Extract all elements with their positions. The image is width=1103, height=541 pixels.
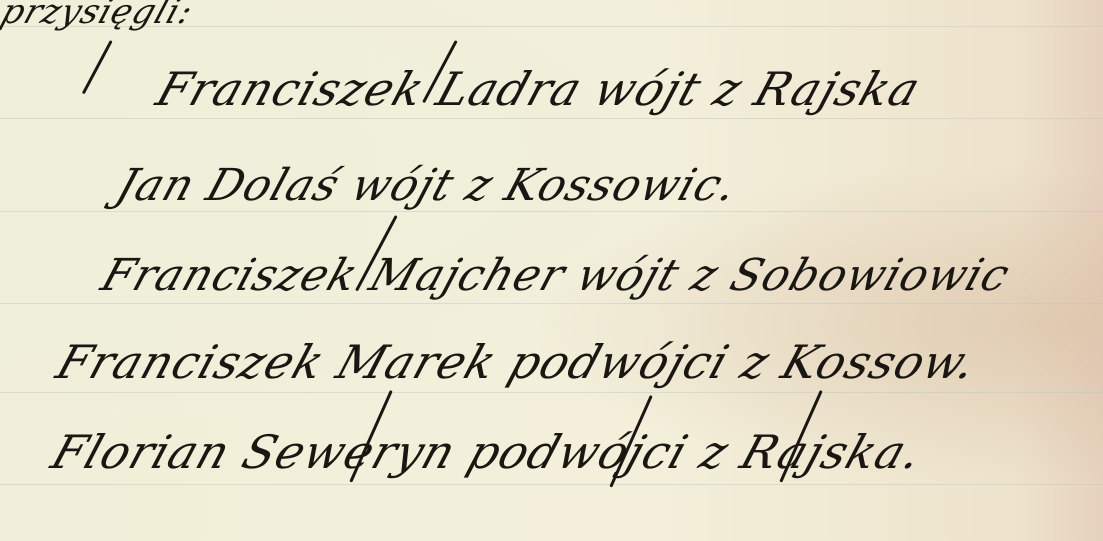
handwritten-line-heading: przysięgli: bbox=[0, 0, 199, 32]
ruled-line bbox=[0, 392, 1103, 393]
line-text: Franciszek Majcher wójt z Sobowiowic bbox=[95, 250, 1016, 301]
ruled-line bbox=[0, 211, 1103, 212]
line-text: Franciszek Marek podwójci z Kossow. bbox=[50, 335, 984, 389]
handwritten-line-5: Florian Seweryn podwójci z Rajska. bbox=[45, 425, 930, 479]
line-text: Jan Dolaś wójt z Kossowic. bbox=[110, 160, 744, 211]
ruled-line bbox=[0, 303, 1103, 304]
handwritten-line-3: Franciszek Majcher wójt z Sobowiowic bbox=[95, 250, 1016, 301]
document-page: przysięgli: Franciszek Ladra wójt z Rajs… bbox=[0, 0, 1103, 541]
handwritten-line-2: Jan Dolaś wójt z Kossowic. bbox=[110, 160, 744, 211]
ink-stroke bbox=[82, 40, 113, 94]
line-text: przysięgli: bbox=[0, 0, 199, 32]
handwritten-line-4: Franciszek Marek podwójci z Kossow. bbox=[50, 335, 984, 389]
ruled-line bbox=[0, 484, 1103, 485]
line-text: Franciszek Ladra wójt z Rajska bbox=[150, 62, 928, 116]
handwritten-line-1: Franciszek Ladra wójt z Rajska bbox=[150, 62, 928, 116]
ruled-line bbox=[0, 118, 1103, 119]
line-text: Florian Seweryn podwójci z Rajska. bbox=[45, 425, 930, 479]
